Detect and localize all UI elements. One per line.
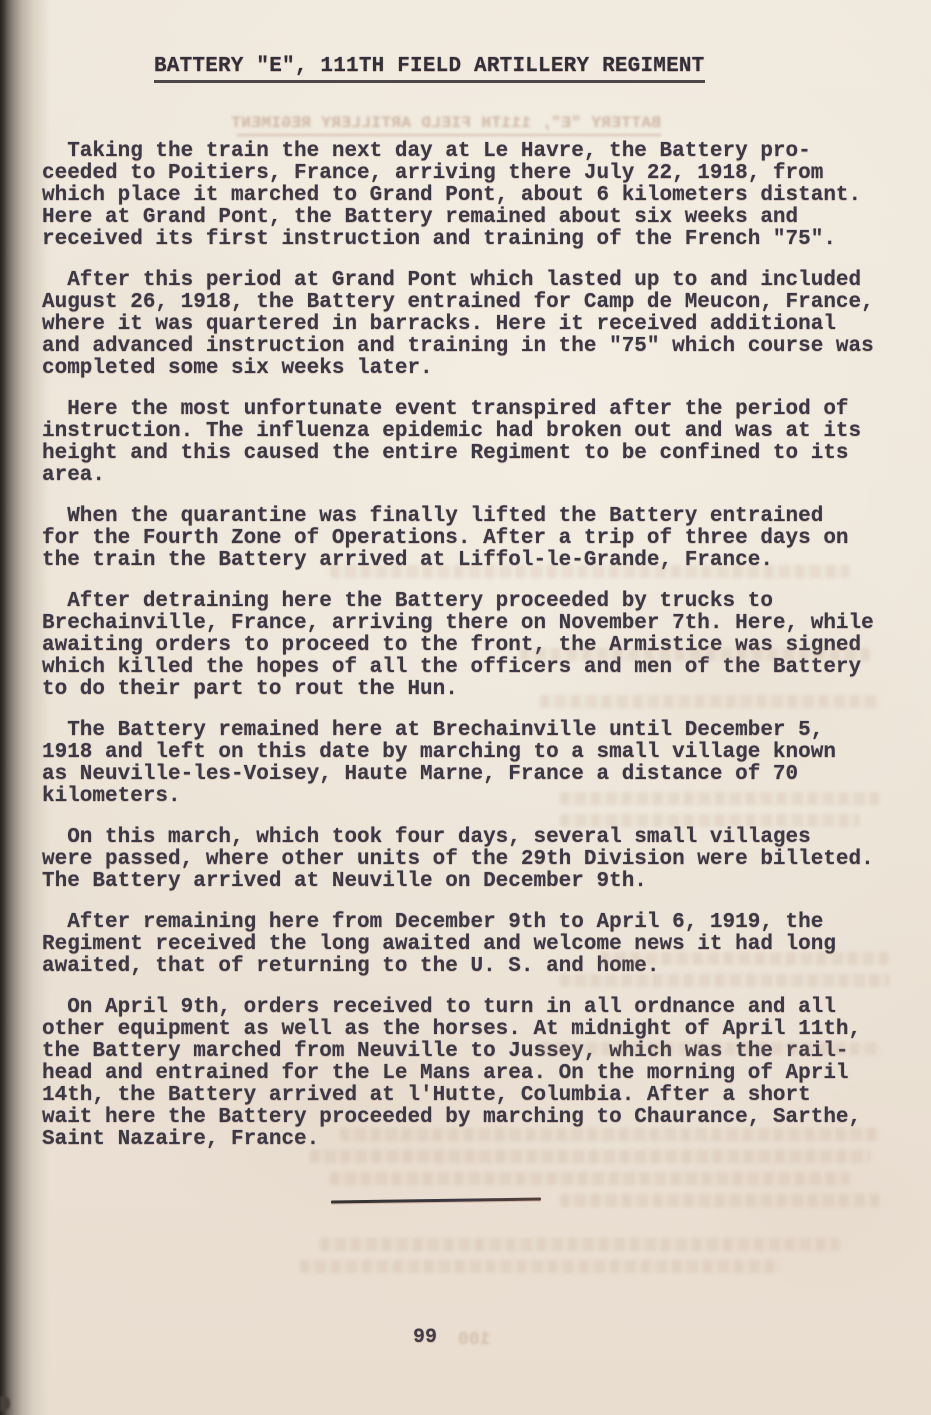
scanned-book-page: BATTERY "E", 111TH FIELD ARTILLERY REGIM…	[0, 0, 931, 1415]
paragraph-9: On April 9th, orders received to turn in…	[42, 997, 902, 1151]
page-number: 99	[413, 1326, 437, 1349]
document-body: Taking the train the next day at Le Havr…	[42, 141, 902, 1170]
paragraph-6: The Battery remained here at Brechainvil…	[42, 720, 902, 808]
paragraph-3: Here the most unfortunate event transpir…	[42, 399, 902, 487]
paragraph-5: After detraining here the Battery procee…	[42, 591, 902, 701]
section-divider-rule	[331, 1198, 541, 1204]
bleed-through-page-number: 100	[458, 1330, 490, 1350]
paragraph-8: After remaining here from December 9th t…	[42, 912, 902, 978]
paragraph-4: When the quarantine was finally lifted t…	[42, 506, 902, 572]
paragraph-1: Taking the train the next day at Le Havr…	[42, 141, 902, 251]
page-title: BATTERY "E", 111TH FIELD ARTILLERY REGIM…	[154, 55, 705, 83]
bleed-through-smudge	[560, 1194, 880, 1207]
bleed-through-smudge	[300, 1260, 780, 1273]
bleed-through-smudge	[330, 1172, 850, 1185]
paragraph-7: On this march, which took four days, sev…	[42, 827, 902, 893]
bleed-through-title: BATTERY "E", 111TH FIELD ARTILLERY REGIM…	[237, 114, 661, 136]
paragraph-2: After this period at Grand Pont which la…	[42, 270, 902, 380]
bleed-through-smudge	[320, 1238, 840, 1251]
